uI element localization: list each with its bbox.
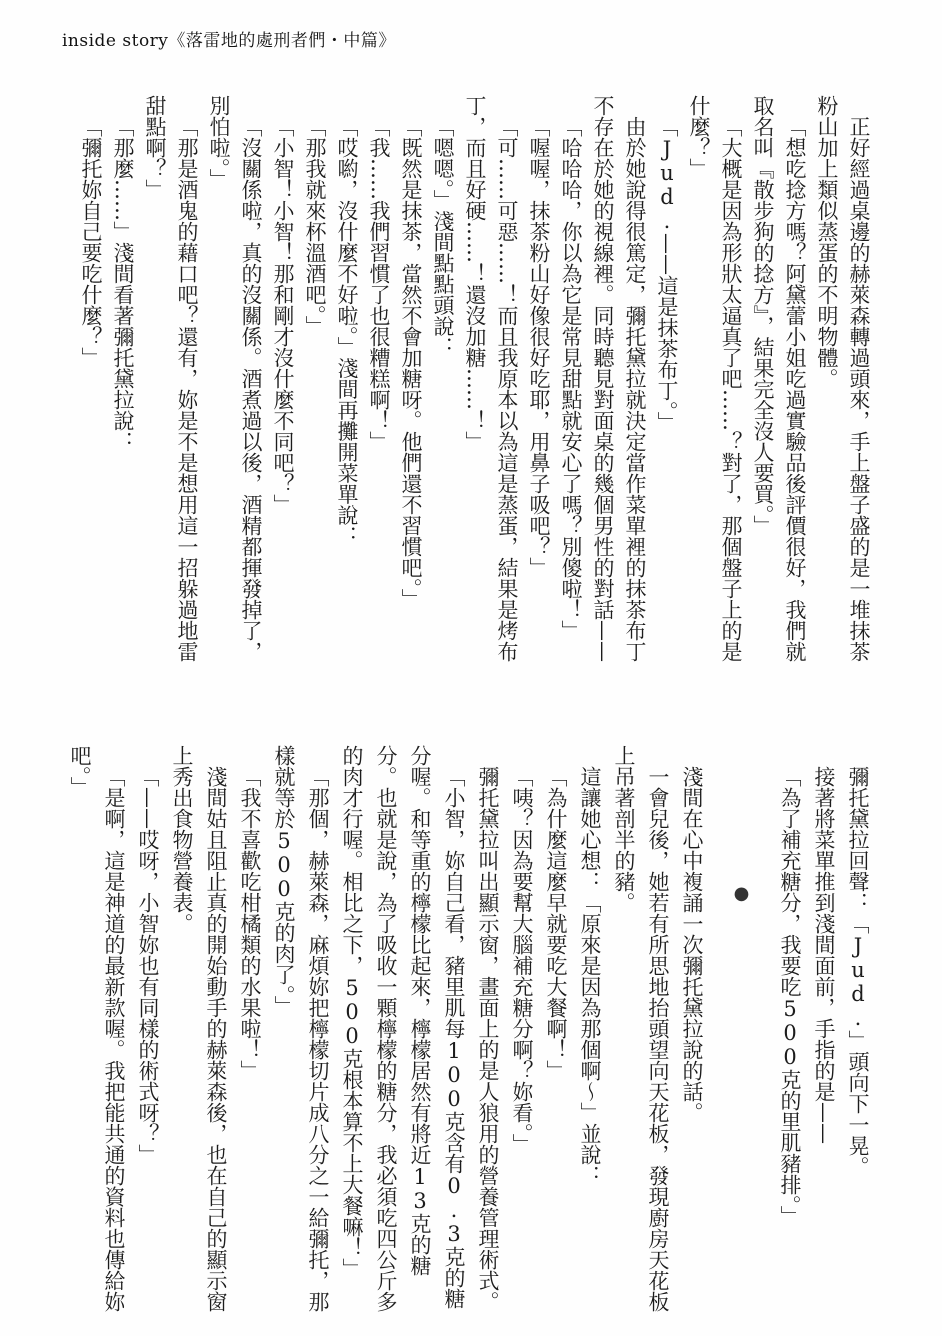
paragraph: 「我不喜歡吃柑橘類的水果啦！」	[233, 745, 267, 1313]
paragraph: 正好經過桌邊的赫萊森轉過頭來，手上盤子盛的是一堆抹茶粉山加上類似蒸蛋的不明物體。	[811, 95, 875, 663]
paragraph: 「Jud.——這是抹茶布丁。」	[651, 95, 683, 663]
section-break-marker: ●	[724, 745, 758, 1313]
paragraph: 「彌托妳自己要吃什麼？」	[75, 95, 107, 663]
paragraph: 「那是酒鬼的藉口吧？還有，妳是不是想用這一招躲過地雷甜點啊？」	[139, 95, 203, 663]
paragraph: 「沒關係啦，真的沒關係。酒煮過以後，酒精都揮發掉了，別怕啦。」	[203, 95, 267, 663]
paragraph: 「喔喔，抹茶粉山好像很好吃耶，用鼻子吸吧？」	[523, 95, 555, 663]
paragraph: 「我……我們習慣了也很糟糕啊！」	[363, 95, 395, 663]
paragraph: 「為了補充糖分，我要吃500克的里肌豬排。」	[773, 745, 807, 1313]
paragraph: 「是啊，這是神道的最新款喔。我把能共通的資料也傳給妳吧。」	[63, 745, 131, 1313]
paragraph: 接著將菜單推到淺間面前，手指的是——	[807, 745, 841, 1313]
page-header: inside story《落雷地的處刑者們・中篇》	[62, 26, 396, 51]
paragraph: 「哈哈哈，你以為它是常見甜點就安心了嗎？別傻啦！」	[555, 95, 587, 663]
novel-page: inside story《落雷地的處刑者們・中篇》 正好經過桌邊的赫萊森轉過頭來…	[0, 0, 942, 1336]
paragraph: 由於她說得很篤定，彌托黛拉就決定當作菜單裡的抹茶布丁不存在於她的視線裡。同時聽見…	[587, 95, 651, 663]
paragraph: 「既然是抹茶，當然不會加糖呀。他們還不習慣吧。」	[395, 95, 427, 663]
paragraph: 「那我就來杯溫酒吧。」	[299, 95, 331, 663]
paragraph: 「那個，赫萊森，麻煩妳把檸檬切片成八分之一給彌托，那樣就等於500克的肉了。」	[267, 745, 335, 1313]
paragraph: 「——哎呀，小智妳也有同樣的術式呀？」	[131, 745, 165, 1313]
paragraph: 一會兒後，她若有所思地抬頭望向天花板，發現廚房天花板上吊著剖半的豬。	[607, 745, 675, 1313]
paragraph: 淺間在心中複誦一次彌托黛拉說的話。	[675, 745, 709, 1313]
paragraph: 「小智！小智！那和剛才沒什麼不同吧？」	[267, 95, 299, 663]
paragraph: 「咦？因為要幫大腦補充糖分啊？妳看。」	[505, 745, 539, 1313]
paragraph: 這讓她心想：「原來是因為那個啊〜」並說：	[573, 745, 607, 1313]
paragraph: 淺間姑且阻止真的開始動手的赫萊森後，也在自己的顯示窗上秀出食物營養表。	[165, 745, 233, 1313]
paragraph: 「可……可惡……！而且我原本以為這是蒸蛋，結果是烤布丁，而且好硬……！還沒加糖……	[459, 95, 523, 663]
paragraph: 「大概是因為形狀太逼真了吧……？對了，那個盤子上的是什麼？」	[683, 95, 747, 663]
paragraph: 「那麼……」淺間看著彌托黛拉說：	[107, 95, 139, 663]
chapter-title: inside story《落雷地的處刑者們・中篇》	[62, 31, 396, 51]
paragraph: 彌托黛拉叫出顯示窗，畫面上的是人狼用的營養管理術式。	[471, 745, 505, 1313]
paragraph: 「嗯嗯。」淺間點點頭說：	[427, 95, 459, 663]
paragraph: 「小智，妳自己看，豬里肌每100克含有0.3克的糖分喔。和等重的檸檬比起來，檸檬…	[335, 745, 471, 1313]
paragraph: 彌托黛拉回聲：「Jud.」頭向下一晃。	[841, 745, 875, 1313]
paragraph: 「哎喲，沒什麼不好啦。」淺間再攤開菜單說：	[331, 95, 363, 663]
paragraph: 「想吃捻方嗎？阿黛蕾小姐吃過實驗品後評價很好，我們就取名叫『散步狗的捻方』，結果…	[747, 95, 811, 663]
paragraph: 「為什麼這麼早就要吃大餐啊！」	[539, 745, 573, 1313]
top-text-block: 正好經過桌邊的赫萊森轉過頭來，手上盤子盛的是一堆抹茶粉山加上類似蒸蛋的不明物體。…	[75, 95, 875, 663]
bottom-text-block: 彌托黛拉回聲：「Jud.」頭向下一晃。接著將菜單推到淺間面前，手指的是——「為了…	[63, 745, 875, 1313]
